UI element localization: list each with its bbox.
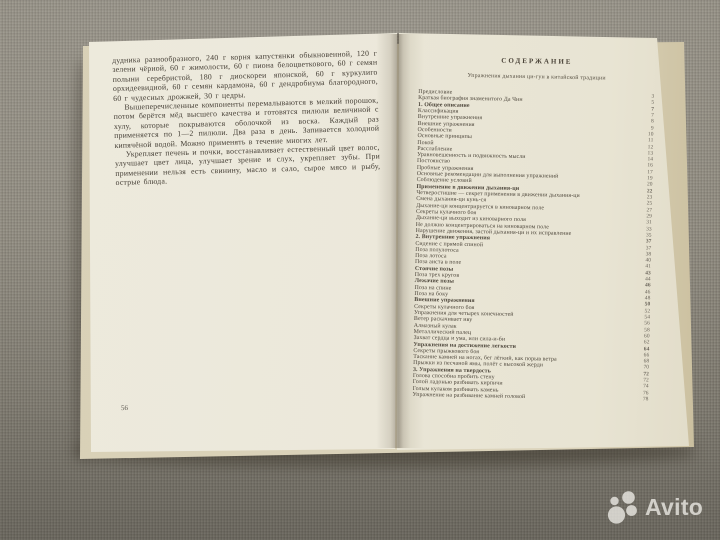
toc-entry-page: 46 — [641, 283, 651, 289]
toc-entry-page: 50 — [640, 302, 650, 308]
body-paragraph: Вышеперечисленные компоненты перемалываю… — [113, 96, 379, 150]
toc-entry-page: 46 — [640, 289, 650, 295]
toc-entry-page: 48 — [640, 295, 650, 301]
toc-entry-page: 60 — [640, 333, 650, 339]
toc-entry-page: 38 — [641, 251, 651, 257]
toc-entry-page: 52 — [640, 308, 650, 314]
toc-entry-page: 14 — [643, 156, 653, 162]
toc-entry-page: 17 — [643, 169, 653, 175]
toc-entry-page: 72 — [639, 371, 649, 377]
toc-entry-page: 44 — [641, 276, 651, 282]
toc-entry-page: 22 — [642, 188, 652, 194]
toc-entry-page: 27 — [642, 207, 652, 213]
toc-entry-page: 54 — [640, 314, 650, 320]
toc-entry-page: 23 — [642, 194, 652, 200]
toc-entry-page: 12 — [643, 144, 653, 150]
toc-subtitle: Упражнения дыхания ци-гун в китайской тр… — [419, 72, 655, 83]
avito-wordmark: Avito — [645, 496, 703, 519]
toc-entry-page: 66 — [639, 352, 649, 358]
toc-entry-page: 64 — [639, 346, 649, 352]
table-of-contents: СОДЕРЖАНИЕ Упражнения дыхания ци-гун в к… — [412, 56, 655, 403]
toc-entry-page: 25 — [642, 201, 652, 207]
body-paragraph: дудника разнообразного, 240 г корня капу… — [112, 49, 378, 103]
book-photo: дудника разнообразного, 240 г корня капу… — [0, 0, 720, 540]
toc-entry-page: 78 — [638, 396, 648, 402]
toc-entry-page: 41 — [641, 264, 651, 270]
toc-entry-page: 3 — [644, 93, 654, 99]
toc-entry-page: 31 — [642, 220, 652, 226]
toc-entry-page: 10 — [643, 131, 653, 137]
toc-entry-page: 29 — [642, 213, 652, 219]
toc-entry-page: 7 — [644, 112, 654, 118]
toc-entry-page: 16 — [643, 163, 653, 169]
toc-entry-page: 58 — [640, 327, 650, 333]
toc-entry-page: 33 — [642, 226, 652, 232]
body-paragraph: Укрепляет печень и почки, восстанавливае… — [115, 143, 381, 188]
toc-entry-page: 40 — [641, 257, 651, 263]
toc-entry-page: 62 — [639, 339, 649, 345]
toc-entry-page: 20 — [643, 182, 653, 188]
toc-entry-page: 37 — [641, 238, 651, 244]
toc-entry-page: 56 — [640, 321, 650, 327]
toc-entry-page: 19 — [643, 175, 653, 181]
toc-entry-page: 70 — [639, 365, 649, 371]
toc-entry-page: 68 — [639, 358, 649, 364]
toc-entry-page: 72 — [639, 377, 649, 383]
toc-entry-page: 35 — [642, 232, 652, 238]
left-page-text: дудника разнообразного, 240 г корня капу… — [112, 49, 381, 188]
toc-entry-page: 43 — [641, 270, 651, 276]
toc-entry-page: 74 — [639, 384, 649, 390]
toc-entry-page: 76 — [639, 390, 649, 396]
toc-entry-page: 5 — [644, 100, 654, 106]
toc-entry-page: 37 — [641, 245, 651, 251]
toc-entry-page: 7 — [644, 106, 654, 112]
left-page-number: 56 — [121, 404, 128, 412]
toc-entry-page: 9 — [644, 125, 654, 131]
toc-entry-page: 8 — [644, 119, 654, 125]
toc-list: Предисловие 3 Краткая биография знаменит… — [412, 89, 654, 403]
avito-logo-icon — [606, 490, 640, 524]
toc-entry-page: 13 — [643, 150, 653, 156]
toc-entry-page: 11 — [643, 138, 653, 144]
avito-watermark: Avito — [606, 490, 703, 524]
